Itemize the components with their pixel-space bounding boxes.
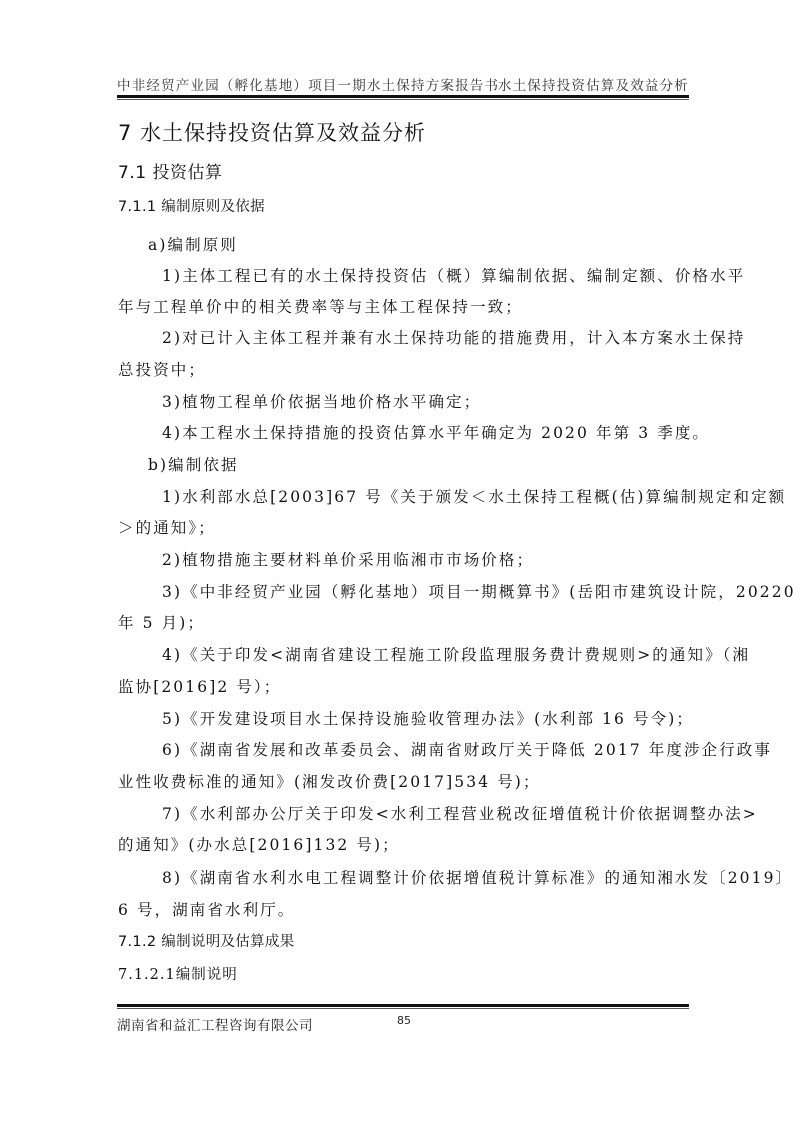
basis-item-continuation: 年 5 月)； xyxy=(118,611,205,633)
header-chapter-title: 水土保持投资估算及效益分析 xyxy=(498,74,689,94)
subsection-heading: 7.1.2 编制说明及估算成果 xyxy=(118,930,295,951)
basis-item-continuation: 业性收费标准的通知》(湘发改价费[2017]534 号)； xyxy=(118,770,541,792)
section-heading: 7.1 投资估算 xyxy=(118,158,222,183)
footer-company-name: 湖南省和益汇工程咨询有限公司 xyxy=(117,1014,313,1034)
document-page: 中非经贸产业园（孵化基地）项目一期水土保持方案报告书 水土保持投资估算及效益分析… xyxy=(0,0,793,1122)
basis-item-continuation: ＞的通知》； xyxy=(118,516,216,538)
principle-item: 3)植物工程单价依据当地价格水平确定； xyxy=(162,390,481,412)
chapter-heading: 7 水土保持投资估算及效益分析 xyxy=(118,117,426,147)
basis-item: 7)《水利部办公厅关于印发<水利工程营业税改征增值税计价依据调整办法> xyxy=(162,802,758,824)
header-report-title: 中非经贸产业园（孵化基地）项目一期水土保持方案报告书 xyxy=(117,74,499,94)
principle-item-continuation: 总投资中； xyxy=(118,358,206,380)
footer-rule xyxy=(117,1004,689,1009)
subsection-heading: 7.1.1 编制原则及依据 xyxy=(118,195,265,216)
subsubsection-heading: 7.1.2.1编制说明 xyxy=(118,963,238,984)
basis-item-continuation: 的通知》(办水总[2016]132 号)； xyxy=(118,833,400,855)
running-header: 中非经贸产业园（孵化基地）项目一期水土保持方案报告书 水土保持投资估算及效益分析 xyxy=(117,74,689,92)
principle-item: 1)主体工程已有的水土保持投资估（概）算编制依据、编制定额、价格水平 xyxy=(162,264,745,286)
basis-item: 8)《湖南省水利水电工程调整计价依据增值税计算标准》的通知湘水发〔2019〕 xyxy=(162,866,793,888)
header-rule xyxy=(117,95,689,100)
principle-item: 2)对已计入主体工程并兼有水土保持功能的措施费用，计入本方案水土保持 xyxy=(162,326,745,348)
basis-item: 4)《关于印发<湖南省建设工程施工阶段监理服务费计费规则>的通知》（湘 xyxy=(162,643,750,665)
basis-item: 5)《开发建设项目水土保持设施验收管理办法》(水利部 16 号令)； xyxy=(162,707,694,729)
basis-item: 2)植物措施主要材料单价采用临湘市市场价格； xyxy=(162,548,534,570)
principle-item-continuation: 年与工程单价中的相关费率等与主体工程保持一致； xyxy=(118,295,523,317)
basis-label: b)编制依据 xyxy=(148,453,239,475)
principles-label: a)编制原则 xyxy=(148,233,238,255)
basis-item: 6)《湖南省发展和改革委员会、湖南省财政厅关于降低 2017 年度涉企行政事 xyxy=(162,738,772,760)
page-number: 85 xyxy=(397,1014,411,1027)
basis-item-continuation: 监协[2016]2 号）； xyxy=(118,675,281,697)
basis-item: 1)水利部水总[2003]67 号《关于颁发＜水土保持工程概(估)算编制规定和定… xyxy=(162,485,786,507)
running-footer: 湖南省和益汇工程咨询有限公司 85 xyxy=(117,1014,689,1032)
principle-item: 4)本工程水土保持措施的投资估算水平年确定为 2020 年第 3 季度。 xyxy=(162,421,710,443)
basis-item-continuation: 6 号，湖南省水利厅。 xyxy=(118,898,295,920)
basis-item: 3)《中非经贸产业园（孵化基地）项目一期概算书》(岳阳市建筑设计院，20220 xyxy=(162,580,793,602)
